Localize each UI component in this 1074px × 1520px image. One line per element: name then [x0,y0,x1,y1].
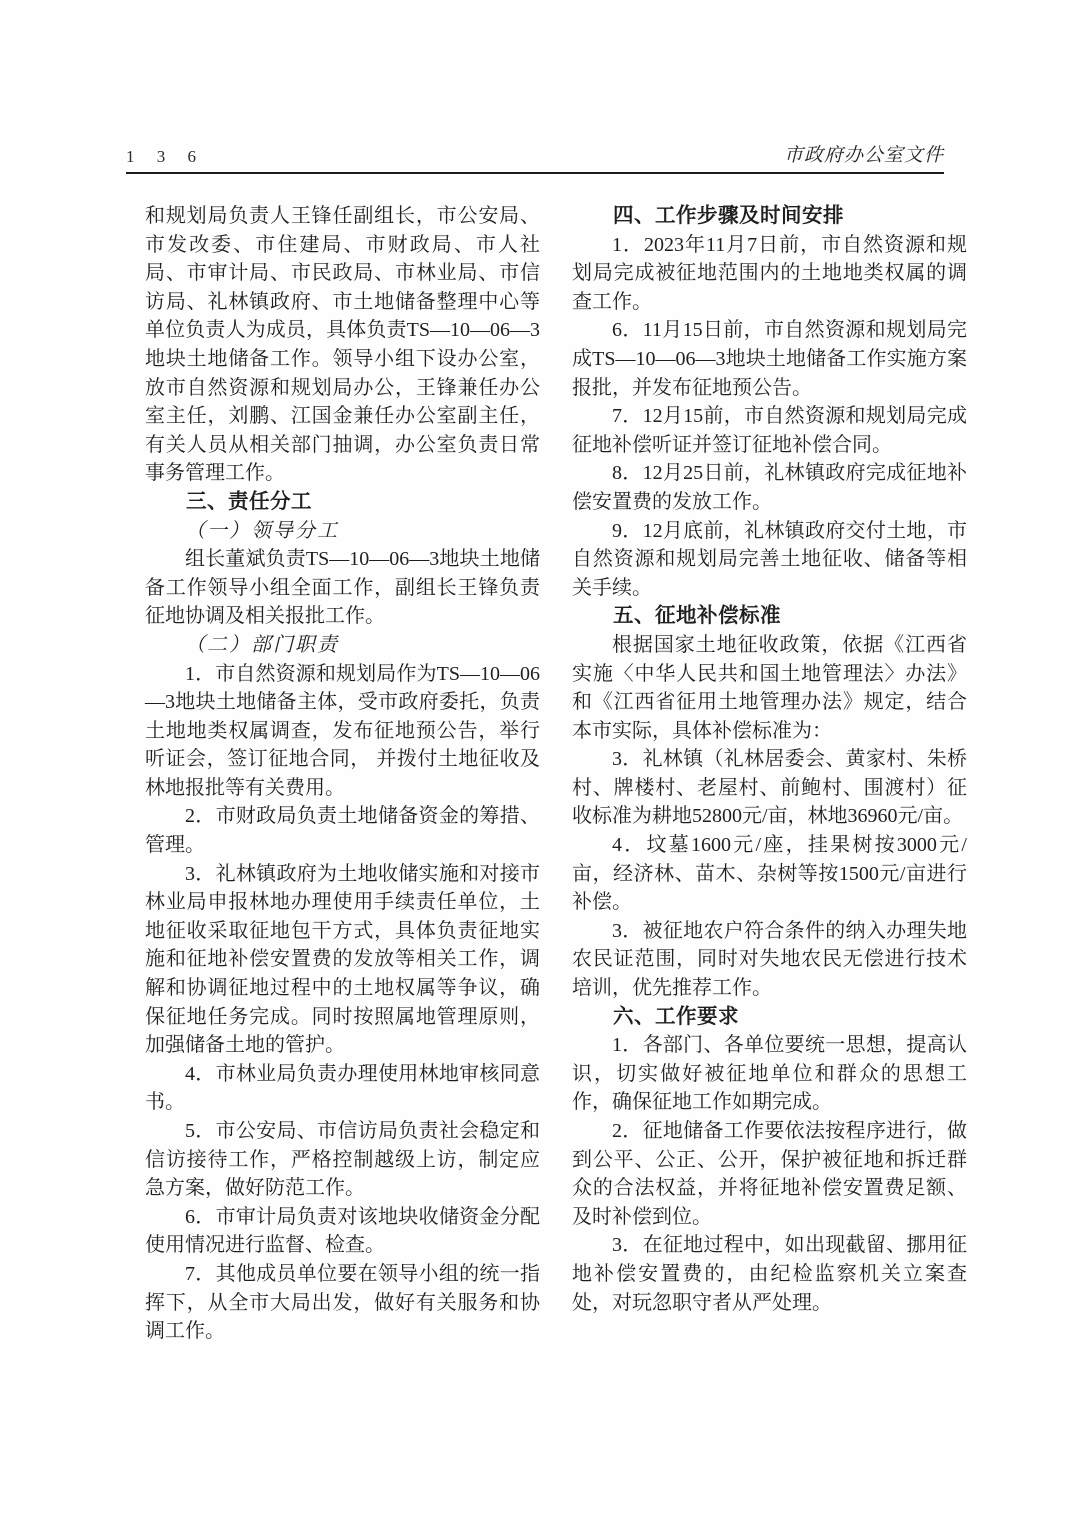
paragraph: 6．市审计局负责对该地块收储资金分配使用情况进行监督、检查。 [145,1203,540,1260]
paragraph: 3．被征地农户符合条件的纳入办理失地农民证范围，同时对失地农民无偿进行技术培训，… [572,917,967,1003]
subsection-heading: （二）部门职责 [145,631,540,660]
section-heading: 四、工作步骤及时间安排 [572,202,967,231]
header-doc-label: 市政府办公室文件 [784,140,944,167]
paragraph: 3．在征地过程中，如出现截留、挪用征地补偿安置费的，由纪检监察机关立案查处，对玩… [572,1231,967,1317]
left-column: 和规划局负责人王锋任副组长，市公安局、市发改委、市住建局、市财政局、市人社局、市… [145,202,540,1346]
paragraph: 7．12月15前，市自然资源和规划局完成征地补偿听证并签订征地补偿合同。 [572,402,967,459]
paragraph: 1．各部门、各单位要统一思想，提高认识，切实做好被征地单位和群众的思想工作，确保… [572,1031,967,1117]
header-rule [126,172,944,174]
paragraph: 7．其他成员单位要在领导小组的统一指挥下，从全市大局出发，做好有关服务和协调工作… [145,1260,540,1346]
paragraph: 1．市自然资源和规划局作为TS—10—06—3地块土地储备主体，受市政府委托，负… [145,660,540,803]
content-columns: 和规划局负责人王锋任副组长，市公安局、市发改委、市住建局、市财政局、市人社局、市… [0,202,1074,1346]
paragraph: 3．礼林镇政府为土地收储实施和对接市林业局申报林地办理使用手续责任单位，土地征收… [145,860,540,1060]
section-heading: 六、工作要求 [572,1003,967,1032]
paragraph: 和规划局负责人王锋任副组长，市公安局、市发改委、市住建局、市财政局、市人社局、市… [145,202,540,488]
paragraph: 根据国家土地征收政策，依据《江西省实施〈中华人民共和国土地管理法〉办法》和《江西… [572,631,967,745]
paragraph: 4．市林业局负责办理使用林地审核同意书。 [145,1060,540,1117]
page-number: 1 3 6 [126,147,205,167]
right-column: 四、工作步骤及时间安排1．2023年11月7日前，市自然资源和规划局完成被征地范… [572,202,967,1346]
paragraph: 2．市财政局负责土地储备资金的筹措、管理。 [145,802,540,859]
paragraph: 5．市公安局、市信访局负责社会稳定和信访接待工作，严格控制越级上访，制定应急方案… [145,1117,540,1203]
section-heading: 五、征地补偿标准 [572,602,967,631]
paragraph: 4．坟墓1600元/座，挂果树按3000元/亩，经济林、苗木、杂树等按1500元… [572,831,967,917]
paragraph: 6．11月15日前，市自然资源和规划局完成TS—10—06—3地块土地储备工作实… [572,316,967,402]
paragraph: 组长董斌负责TS—10—06—3地块土地储备工作领导小组全面工作，副组长王锋负责… [145,545,540,631]
document-page: 1 3 6 市政府办公室文件 和规划局负责人王锋任副组长，市公安局、市发改委、市… [0,0,1074,1520]
paragraph: 3．礼林镇（礼林居委会、黄家村、朱桥村、牌楼村、老屋村、前鲍村、围渡村）征收标准… [572,745,967,831]
paragraph: 9．12月底前，礼林镇政府交付土地，市自然资源和规划局完善土地征收、储备等相关手… [572,517,967,603]
page-header: 1 3 6 市政府办公室文件 [126,140,944,167]
paragraph: 1．2023年11月7日前，市自然资源和规划局完成被征地范围内的土地地类权属的调… [572,231,967,317]
section-heading: 三、责任分工 [145,488,540,517]
paragraph: 2．征地储备工作要依法按程序进行，做到公平、公正、公开，保护被征地和拆迁群众的合… [572,1117,967,1231]
paragraph: 8．12月25日前，礼林镇政府完成征地补偿安置费的发放工作。 [572,459,967,516]
subsection-heading: （一）领导分工 [145,517,540,546]
